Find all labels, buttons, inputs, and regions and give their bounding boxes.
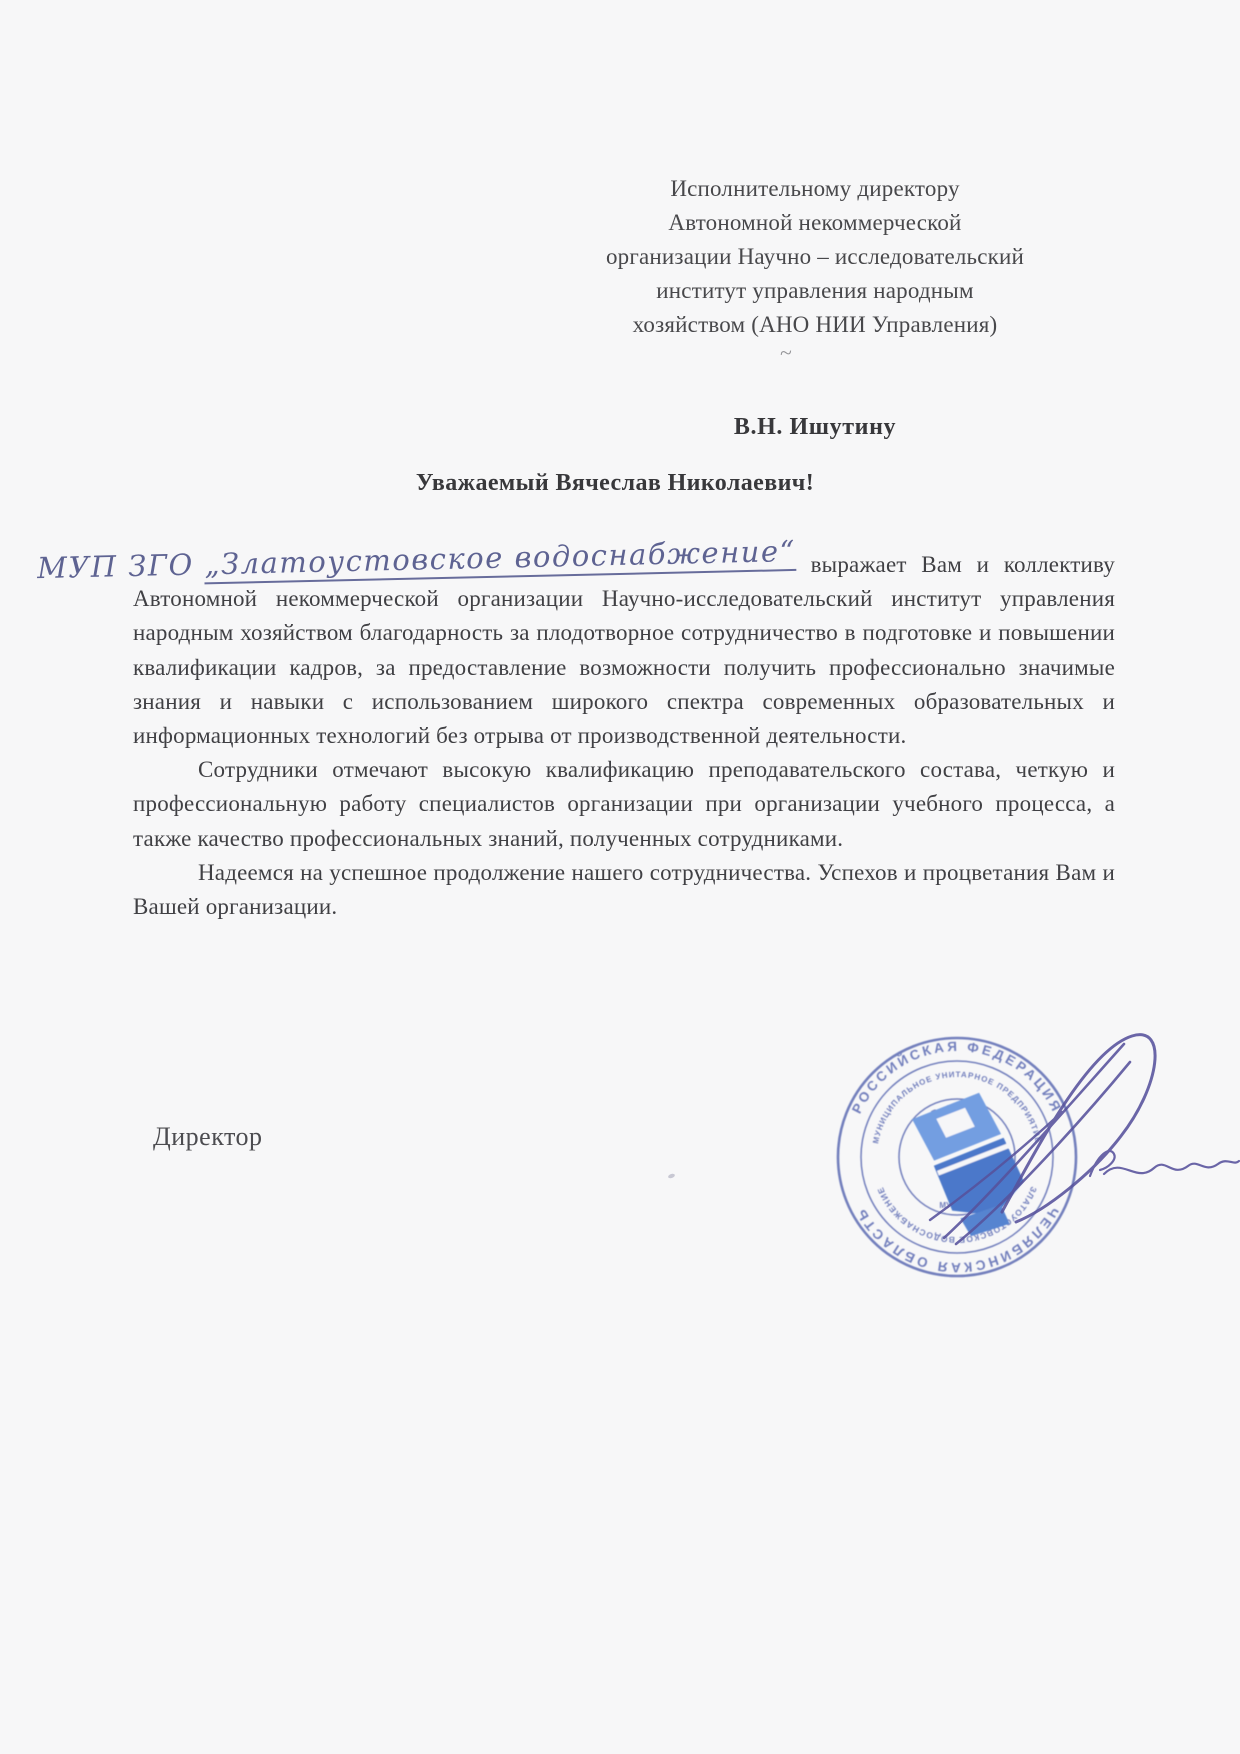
recipient-line: хозяйством (АНО НИИ Управления) [575,308,1055,342]
recipient-line: организации Научно – исследовательский [575,240,1055,274]
paragraph-3: Надеемся на успешное продолжение нашего … [133,856,1115,924]
handwritten-org-prefix: МУП ЗГО [37,548,194,586]
scan-artifact-mark: ~ [779,340,793,367]
salutation: Уважаемый Вячеслав Николаевич! [120,470,1110,497]
paragraph-2: Сотрудники отмечают высокую квалификацию… [133,753,1115,856]
recipient-line: институт управления народным [575,274,1055,308]
paragraph-1: МУП ЗГО „Златоустовское водоснабжение“ в… [133,548,1115,753]
handwritten-org-quoted: „Златоустовское водоснабжение“ [204,534,796,584]
handwritten-org-name: МУП ЗГО „Златоустовское водоснабжение“ [85,537,796,581]
recipient-line: Автономной некоммерческой [575,206,1055,240]
ink-dot-artifact [668,1173,676,1179]
signoff-title: Директор [153,1122,263,1152]
recipient-line: Исполнительному директору [575,172,1055,206]
stamp-and-signature-area: РОССИЙСКАЯ ФЕДЕРАЦИЯ ЧЕЛЯБИНСКАЯ ОБЛАСТЬ… [690,1008,1240,1318]
scanned-letter-page: Исполнительному директору Автономной нек… [0,0,1240,1754]
round-stamp: РОССИЙСКАЯ ФЕДЕРАЦИЯ ЧЕЛЯБИНСКАЯ ОБЛАСТЬ… [838,1038,1076,1276]
letter-body: МУП ЗГО „Златоустовское водоснабжение“ в… [133,548,1115,924]
recipient-block: Исполнительному директору Автономной нек… [575,172,1055,342]
addressee-name: В.Н. Ишутину [575,414,1055,441]
